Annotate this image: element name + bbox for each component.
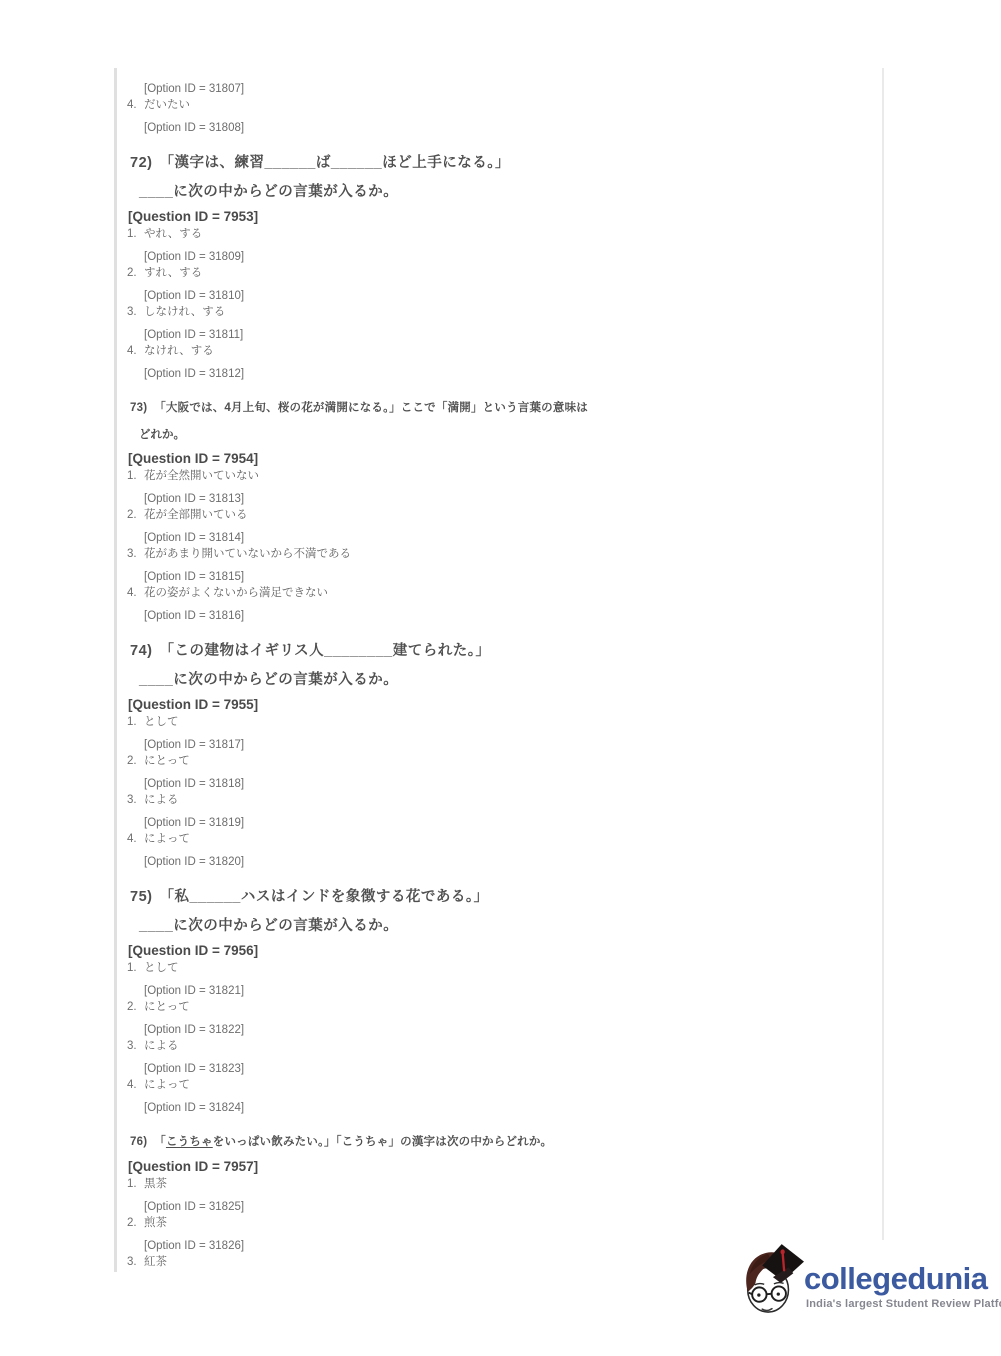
option-row: 1. やれ、する xyxy=(127,226,868,242)
option-row: 4. によって xyxy=(127,1077,868,1093)
option-number: 4. xyxy=(127,585,144,601)
option-text: 煎茶 xyxy=(144,1215,167,1231)
question-number: 75) xyxy=(130,889,152,905)
option-row: 4. によって xyxy=(127,831,868,847)
question-text-part1: 「 xyxy=(154,1136,166,1148)
option-text: による xyxy=(144,792,179,808)
option-row: 4. 花の姿がよくないから満足できない xyxy=(127,585,868,601)
option-row: 1. 黒茶 xyxy=(127,1176,868,1192)
option-row: 3. による xyxy=(127,792,868,808)
option-id: [Option ID = 31812] xyxy=(144,366,868,382)
question-number: 72) xyxy=(130,155,152,171)
collegedunia-logo: collegedunia.com India's largest Student… xyxy=(738,1240,1001,1322)
brand-text: collegedunia.com India's largest Student… xyxy=(804,1253,1001,1310)
question-title: 72)「漢字は、練習______ば______ほど上手になる。」 xyxy=(130,152,868,174)
option-id: [Option ID = 31823] xyxy=(144,1061,868,1077)
option-number: 1. xyxy=(127,226,144,242)
question-id: [Question ID = 7953] xyxy=(128,208,868,226)
option-text: 花の姿がよくないから満足できない xyxy=(144,585,328,601)
collegedunia-mascot-icon xyxy=(738,1240,804,1322)
brand-wordmark: collegedunia xyxy=(804,1261,987,1296)
option-id: [Option ID = 31817] xyxy=(144,737,868,753)
option-id: [Option ID = 31811] xyxy=(144,327,868,343)
question-title: 74)「この建物はイギリス人________建てられた。」 xyxy=(130,640,868,662)
option-text: によって xyxy=(144,831,190,847)
option-id: [Option ID = 31815] xyxy=(144,569,868,585)
option-id: [Option ID = 31819] xyxy=(144,815,868,831)
option-id: [Option ID = 31824] xyxy=(144,1100,868,1116)
option-number: 4. xyxy=(127,1077,144,1093)
question-block-74: 74)「この建物はイギリス人________建てられた。」 ____に次の中から… xyxy=(117,640,868,870)
option-text: として xyxy=(144,960,179,976)
option-text: による xyxy=(144,1038,179,1054)
question-text: 「漢字は、練習______ば______ほど上手になる。」 xyxy=(159,155,510,171)
option-number: 2. xyxy=(127,1215,144,1231)
option-number: 1. xyxy=(127,468,144,484)
option-number: 3. xyxy=(127,1254,144,1270)
option-id: [Option ID = 31820] xyxy=(144,854,868,870)
option-row: 3. による xyxy=(127,1038,868,1054)
option-row: 1. 花が全然開いていない xyxy=(127,468,868,484)
option-text: 紅茶 xyxy=(144,1254,167,1270)
option-number: 4. xyxy=(127,343,144,359)
question-title: 75)「私______ハスはインドを象徴する花である。」 xyxy=(130,886,868,908)
option-row: 1. として xyxy=(127,960,868,976)
question-block-73: 73)「大阪では、4月上旬、桜の花が満開になる。」ここで「満開」という言葉の意味… xyxy=(117,398,868,624)
option-row: 2. にとって xyxy=(127,753,868,769)
option-row: 3. しなけれ、する xyxy=(127,304,868,320)
option-text: 花があまり開いていないから不満である xyxy=(144,546,351,562)
question-subtitle: どれか。 xyxy=(139,426,868,444)
option-id: [Option ID = 31825] xyxy=(144,1199,868,1215)
option-id: [Option ID = 31814] xyxy=(144,530,868,546)
brand-suffix: .com xyxy=(990,1271,1001,1293)
option-row: 3. 花があまり開いていないから不満である xyxy=(127,546,868,562)
option-text: として xyxy=(144,714,179,730)
question-id: [Question ID = 7957] xyxy=(128,1158,868,1176)
question-subtitle: ____に次の中からどの言葉が入るか。 xyxy=(139,182,868,202)
option-id: [Option ID = 31809] xyxy=(144,249,868,265)
question-block-75: 75)「私______ハスはインドを象徴する花である。」 ____に次の中からど… xyxy=(117,886,868,1116)
question-subtitle: ____に次の中からどの言葉が入るか。 xyxy=(139,670,868,690)
question-number: 73) xyxy=(130,402,147,414)
document-page: [Option ID = 31807] 4. だいたい [Option ID =… xyxy=(114,68,884,1272)
question-text-underlined: こうちゃ xyxy=(166,1136,213,1148)
option-number: 1. xyxy=(127,714,144,730)
option-number: 4. xyxy=(127,831,144,847)
question-text: 「大阪では、4月上旬、桜の花が満開になる。」ここで「満開」という言葉の意味は xyxy=(154,402,588,414)
brand-name: collegedunia.com xyxy=(804,1263,1001,1295)
option-text: だいたい xyxy=(144,97,190,113)
option-number: 2. xyxy=(127,753,144,769)
option-number: 4. xyxy=(127,97,144,113)
question-title: 76)「こうちゃをいっぱい飲みたい。」「こうちゃ」の漢字は次の中からどれか。 xyxy=(130,1132,868,1152)
question-id: [Question ID = 7954] xyxy=(128,450,868,468)
option-number: 3. xyxy=(127,546,144,562)
question-block-72: 72)「漢字は、練習______ば______ほど上手になる。」 ____に次の… xyxy=(117,152,868,382)
option-id: [Option ID = 31807] xyxy=(144,81,868,97)
option-row: 2. すれ、する xyxy=(127,265,868,281)
option-text: 花が全然開いていない xyxy=(144,468,259,484)
option-id: [Option ID = 31810] xyxy=(144,288,868,304)
question-id: [Question ID = 7955] xyxy=(128,696,868,714)
option-row: 2. にとって xyxy=(127,999,868,1015)
option-row: 4. だいたい xyxy=(127,97,868,113)
option-text: によって xyxy=(144,1077,190,1093)
option-row: 2. 煎茶 xyxy=(127,1215,868,1231)
brand-tagline: India's largest Student Review Platform xyxy=(804,1298,1001,1310)
option-id: [Option ID = 31816] xyxy=(144,608,868,624)
question-id: [Question ID = 7956] xyxy=(128,942,868,960)
question-text: 「この建物はイギリス人________建てられた。」 xyxy=(159,643,490,659)
option-text: やれ、する xyxy=(144,226,202,242)
option-row: 1. として xyxy=(127,714,868,730)
option-number: 2. xyxy=(127,999,144,1015)
option-text: しなけれ、する xyxy=(144,304,225,320)
option-id: [Option ID = 31808] xyxy=(144,120,868,136)
question-number: 76) xyxy=(130,1136,147,1148)
question-title: 73)「大阪では、4月上旬、桜の花が満開になる。」ここで「満開」という言葉の意味… xyxy=(130,398,868,418)
option-row: 2. 花が全部開いている xyxy=(127,507,868,523)
question-text: 「私______ハスはインドを象徴する花である。」 xyxy=(159,889,488,905)
option-id: [Option ID = 31821] xyxy=(144,983,868,999)
question-text-part2: をいっぱい飲みたい。」「こうちゃ」の漢字は次の中からどれか。 xyxy=(213,1136,553,1148)
option-number: 3. xyxy=(127,1038,144,1054)
option-id: [Option ID = 31818] xyxy=(144,776,868,792)
option-id: [Option ID = 31822] xyxy=(144,1022,868,1038)
option-number: 2. xyxy=(127,265,144,281)
option-number: 1. xyxy=(127,960,144,976)
option-text: なけれ、する xyxy=(144,343,214,359)
option-text: 黒茶 xyxy=(144,1176,167,1192)
option-text: にとって xyxy=(144,753,190,769)
option-number: 2. xyxy=(127,507,144,523)
option-number: 3. xyxy=(127,792,144,808)
question-number: 74) xyxy=(130,643,152,659)
option-text: 花が全部開いている xyxy=(144,507,248,523)
option-text: にとって xyxy=(144,999,190,1015)
question-subtitle: ____に次の中からどの言葉が入るか。 xyxy=(139,916,868,936)
option-number: 1. xyxy=(127,1176,144,1192)
option-number: 3. xyxy=(127,304,144,320)
option-id: [Option ID = 31813] xyxy=(144,491,868,507)
option-text: すれ、する xyxy=(144,265,202,281)
option-row: 4. なけれ、する xyxy=(127,343,868,359)
